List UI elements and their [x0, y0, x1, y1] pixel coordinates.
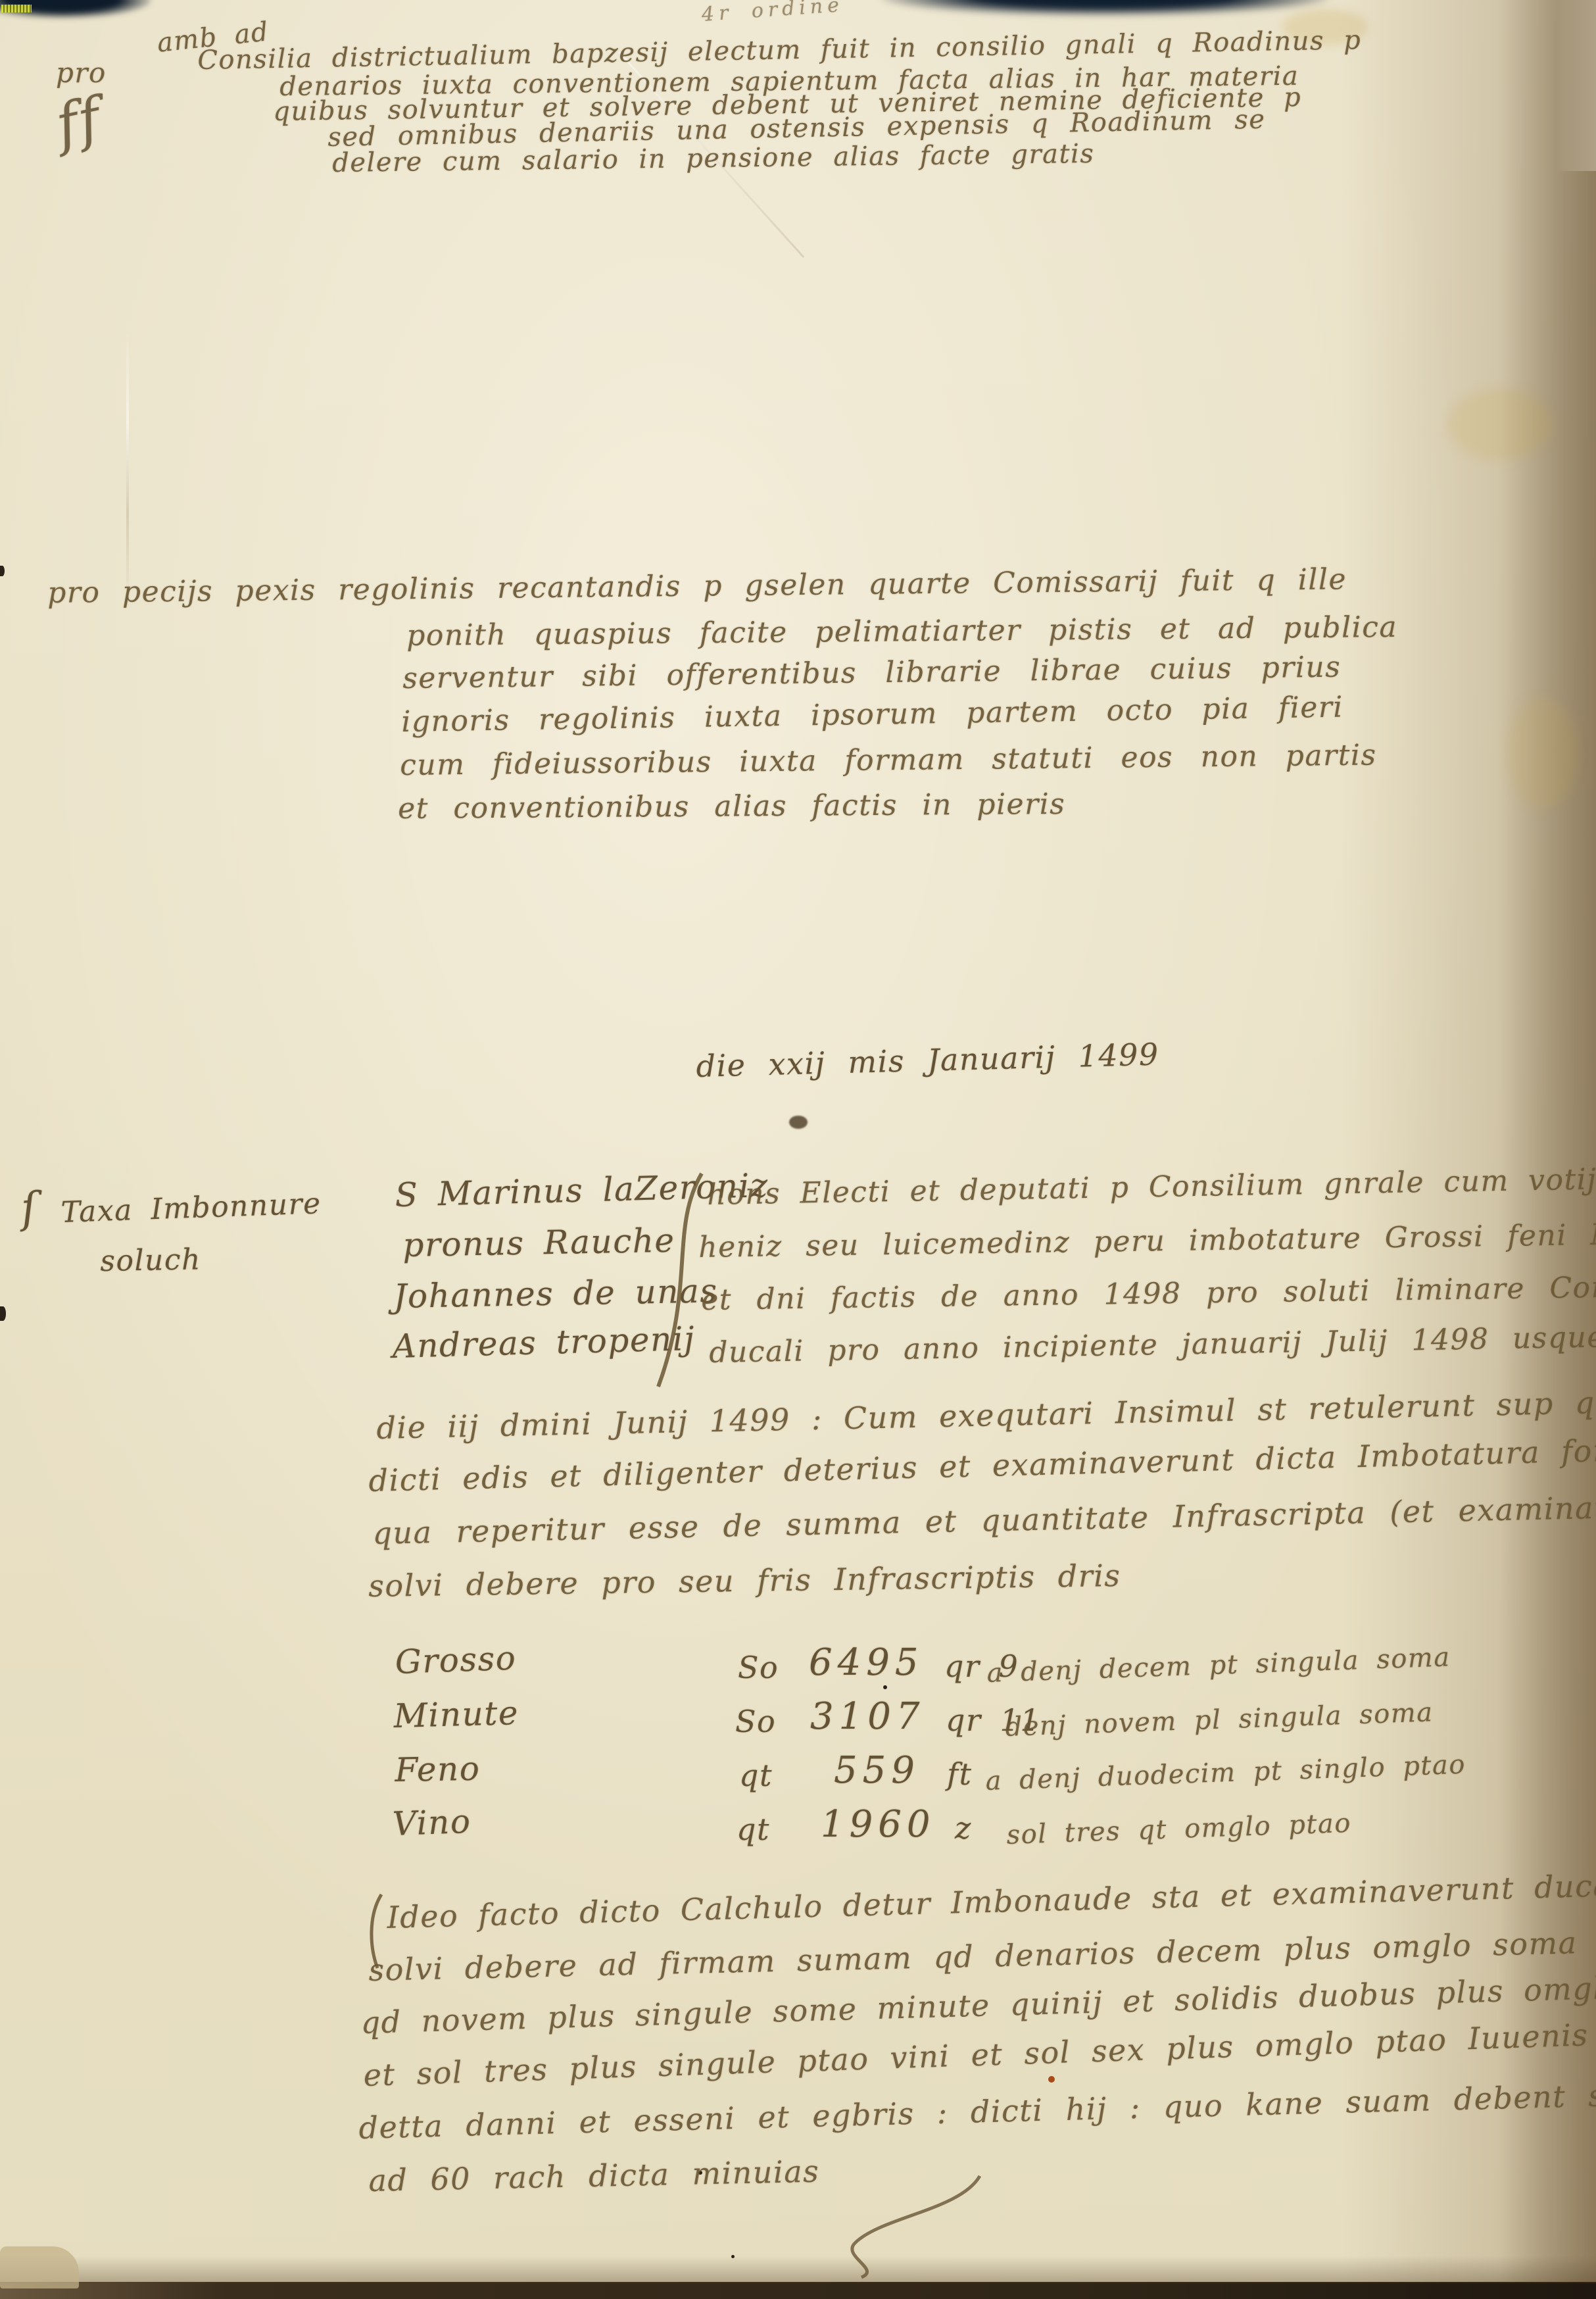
manuscript-line: detta danni et esseni et egbris : dicti … [358, 2079, 1596, 2143]
bottom-edge [0, 2282, 1596, 2299]
table-row-unit: So [738, 1652, 779, 1683]
table-row-qty: 1960 [821, 1806, 936, 1843]
table-row-rate: a denj duodecim pt singlo ptao [985, 1752, 1466, 1794]
table-row-item: Grosso [395, 1642, 517, 1679]
margin-catchword: pro [56, 59, 107, 87]
scanner-corner-label [1, 5, 32, 12]
table-row-item: Minute [393, 1696, 520, 1733]
manuscript-line: delere cum salario in pensione alias fac… [332, 141, 1095, 176]
names-brace [648, 1170, 713, 1393]
manuscript-line: hons Electi et deputati p Consilium gnra… [707, 1161, 1596, 1210]
scan-edge-blob-center [881, 0, 1328, 16]
page-edge-highlight [1557, 0, 1596, 171]
table-row-rate: denj novem pl singula soma [1005, 1699, 1434, 1741]
closing-flourish [763, 2171, 1000, 2283]
table-row-item: Vino [392, 1805, 472, 1841]
fold-crease [126, 329, 129, 605]
manuscript-line: ignoris regolinis iuxta ipsorum partem o… [401, 693, 1343, 736]
table-row-rate: a denj decem pt singula soma [986, 1644, 1451, 1687]
margin-note: soluch [100, 1245, 201, 1276]
edge-speck [0, 566, 5, 576]
manuscript-line: qua reperitur esse de summa et quantitat… [372, 1492, 1596, 1548]
ink-blot [789, 1116, 808, 1129]
manuscript-line: ad 60 rach dicta minuias [368, 2156, 820, 2196]
manuscript-line: solvi debere pro seu fris Infrascriptis … [368, 1560, 1121, 1601]
margin-note: Taxa Imbonnure [60, 1189, 322, 1227]
manuscript-line: ponith quaspius facite pelimatiarter pis… [406, 613, 1397, 651]
table-row-measure: z [955, 1813, 972, 1843]
date-line: die xxij mis Januarij 1499 [696, 1039, 1159, 1081]
manuscript-line: ducali pro anno incipiente januarij Juli… [709, 1322, 1596, 1368]
table-row-qty: 6495 [809, 1644, 924, 1681]
manuscript-line: et conventionibus alias factis in pieris [398, 790, 1065, 824]
table-row-rate: sol tres qt omglo ptao [1006, 1810, 1352, 1848]
table-row-measure: ft [947, 1759, 973, 1789]
manuscript-line: die iij dmini Junij 1499 : Cum exequtari… [376, 1384, 1596, 1443]
table-row-qty: 559 [834, 1752, 920, 1789]
margin-flourish: ff [51, 89, 106, 154]
folio-header: 4r ordine [701, 0, 844, 25]
margin-initial: ſ [20, 1187, 39, 1230]
red-fleck [1048, 2076, 1055, 2083]
paper-stain [1506, 697, 1578, 809]
paper-stain [1447, 388, 1552, 460]
manuscript-line: Ideo facto dicto Calchulo detur Imbonaud… [387, 1863, 1596, 1933]
name-entry: pronus Rauche [402, 1224, 675, 1262]
manuscript-page: 4r ordine amb ad pro Consilia districtua… [0, 0, 1596, 2299]
table-row-unit: qt [737, 1814, 770, 1844]
manuscript-line: heniz seu luicemedinz peru imbotature Gr… [698, 1220, 1596, 1262]
bottom-left-patch [0, 2246, 79, 2288]
table-row-item: Feno [395, 1752, 481, 1787]
table-row-unit: So [735, 1706, 776, 1737]
manuscript-line: serventur sibi offerentibus librarie lib… [402, 653, 1342, 693]
manuscript-line: pro pecijs pexis regolinis recantandis p… [47, 565, 1347, 608]
manuscript-line: et dni factis de anno 1498 pro soluti li… [701, 1273, 1596, 1315]
manuscript-line: cum fideiussoribus iuxta formam statuti … [400, 741, 1377, 780]
table-row-qty: 3107 [810, 1698, 925, 1735]
edge-speck [0, 1306, 6, 1321]
ink-speck [883, 1685, 887, 1689]
table-row-unit: qt [739, 1760, 773, 1791]
